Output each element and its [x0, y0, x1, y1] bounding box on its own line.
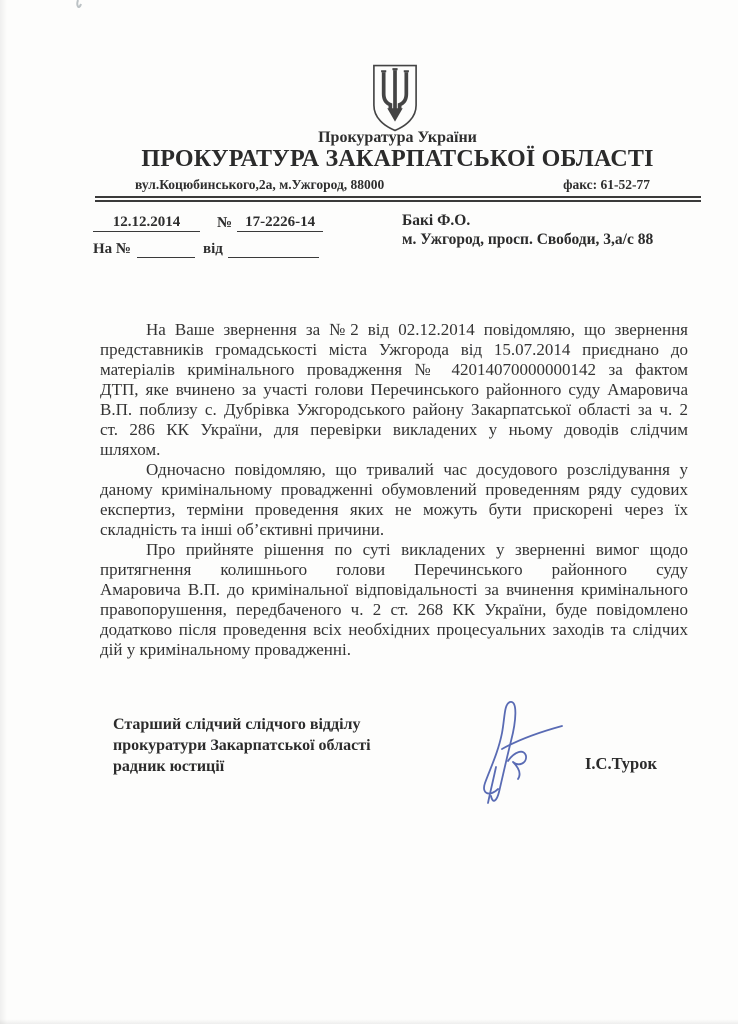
reply-number-label: На №: [93, 241, 131, 258]
scan-bottom-shadow: [0, 1019, 738, 1024]
header-contact-row: вул.Коцюбинського,2а, м.Ужгород, 88000 ф…: [95, 177, 700, 193]
signature-ink: [466, 695, 566, 809]
reply-number-blank: [137, 257, 195, 258]
body-line: представників громадськості міста Ужгоро…: [100, 340, 688, 360]
recipient-block: Бакі Ф.О. м. Ужгород, просп. Свободи, 3,…: [402, 212, 653, 249]
recipient-address: м. Ужгород, просп. Свободи, 3,а/с 88: [402, 231, 653, 250]
reference-row-reply: На № від: [93, 232, 323, 258]
scan-edge-shadow: [0, 0, 7, 1024]
body-line: додатково після проведення всіх необхідн…: [100, 620, 688, 640]
body-line: матеріалів кримінального провадження № 4…: [100, 360, 688, 380]
body-line: В.П. поблизу с. Дубрівка Ужгородського р…: [100, 400, 688, 420]
signer-position-line: радник юстиції: [113, 756, 371, 777]
body-line: дій у кримінальному провадженні.: [100, 640, 688, 660]
body-line: На Ваше звернення за №2 від 02.12.2014 п…: [100, 320, 688, 340]
body-line: експертиз, терміни проведення яких не мо…: [100, 500, 688, 520]
org-parent-title: Прокуратура України: [95, 129, 700, 147]
signer-name: І.С.Турок: [585, 754, 657, 774]
org-title: ПРОКУРАТУРА ЗАКАРПАТСЬКОЇ ОБЛАСТІ: [95, 146, 700, 173]
body-line: ст. 286 КК України, для перевірки виклад…: [100, 420, 688, 440]
paragraph: На Ваше звернення за №2 від 02.12.2014 п…: [100, 320, 688, 460]
pen-mark-artifact: [66, 0, 92, 16]
letter-number: 17-2226-14: [237, 214, 323, 232]
body-line: даному кримінальному провадженні обумовл…: [100, 480, 688, 500]
body-line: шляхом.: [100, 440, 688, 460]
number-sign: №: [217, 215, 232, 232]
scanned-letter-page: Прокуратура України ПРОКУРАТУРА ЗАКАРПАТ…: [0, 0, 738, 1024]
paragraph: Одночасно повідомляю, що тривалий час до…: [100, 460, 688, 540]
body-line: Про прийняте рішення по суті викладених …: [100, 540, 688, 560]
org-address: вул.Коцюбинського,2а, м.Ужгород, 88000: [135, 177, 384, 193]
reply-from-label: від: [203, 241, 223, 258]
letter-date: 12.12.2014: [93, 214, 200, 232]
trident-emblem-icon: [370, 63, 420, 133]
body-line: складність та інші об’єктивні причини.: [100, 520, 688, 540]
org-fax: факс: 61-52-77: [563, 177, 650, 193]
signer-position-line: прокуратури Закарпатської області: [113, 735, 371, 756]
reference-row-outgoing: 12.12.2014 № 17-2226-14: [93, 206, 323, 232]
signer-position-block: Старший слідчий слідчого відділу прокура…: [113, 714, 371, 777]
reference-block: 12.12.2014 № 17-2226-14 На № від: [93, 206, 323, 258]
body-line: Амаровича В.П. до кримінальної відповіда…: [100, 580, 688, 600]
paragraph: Про прийняте рішення по суті викладених …: [100, 540, 688, 660]
reply-date-blank: [228, 257, 319, 258]
body-line: ДТП, яке вчинено за участі голови Перечи…: [100, 380, 688, 400]
letter-body: На Ваше звернення за №2 від 02.12.2014 п…: [100, 320, 688, 660]
recipient-name: Бакі Ф.О.: [402, 212, 653, 231]
body-line: правопорушення, передбаченого ч. 2 ст. 2…: [100, 600, 688, 620]
signer-position-line: Старший слідчий слідчого відділу: [113, 714, 371, 735]
body-line: Одночасно повідомляю, що тривалий час до…: [100, 460, 688, 480]
header-double-rule: [95, 196, 701, 202]
body-line: притягнення колишнього голови Перечинськ…: [100, 560, 688, 580]
